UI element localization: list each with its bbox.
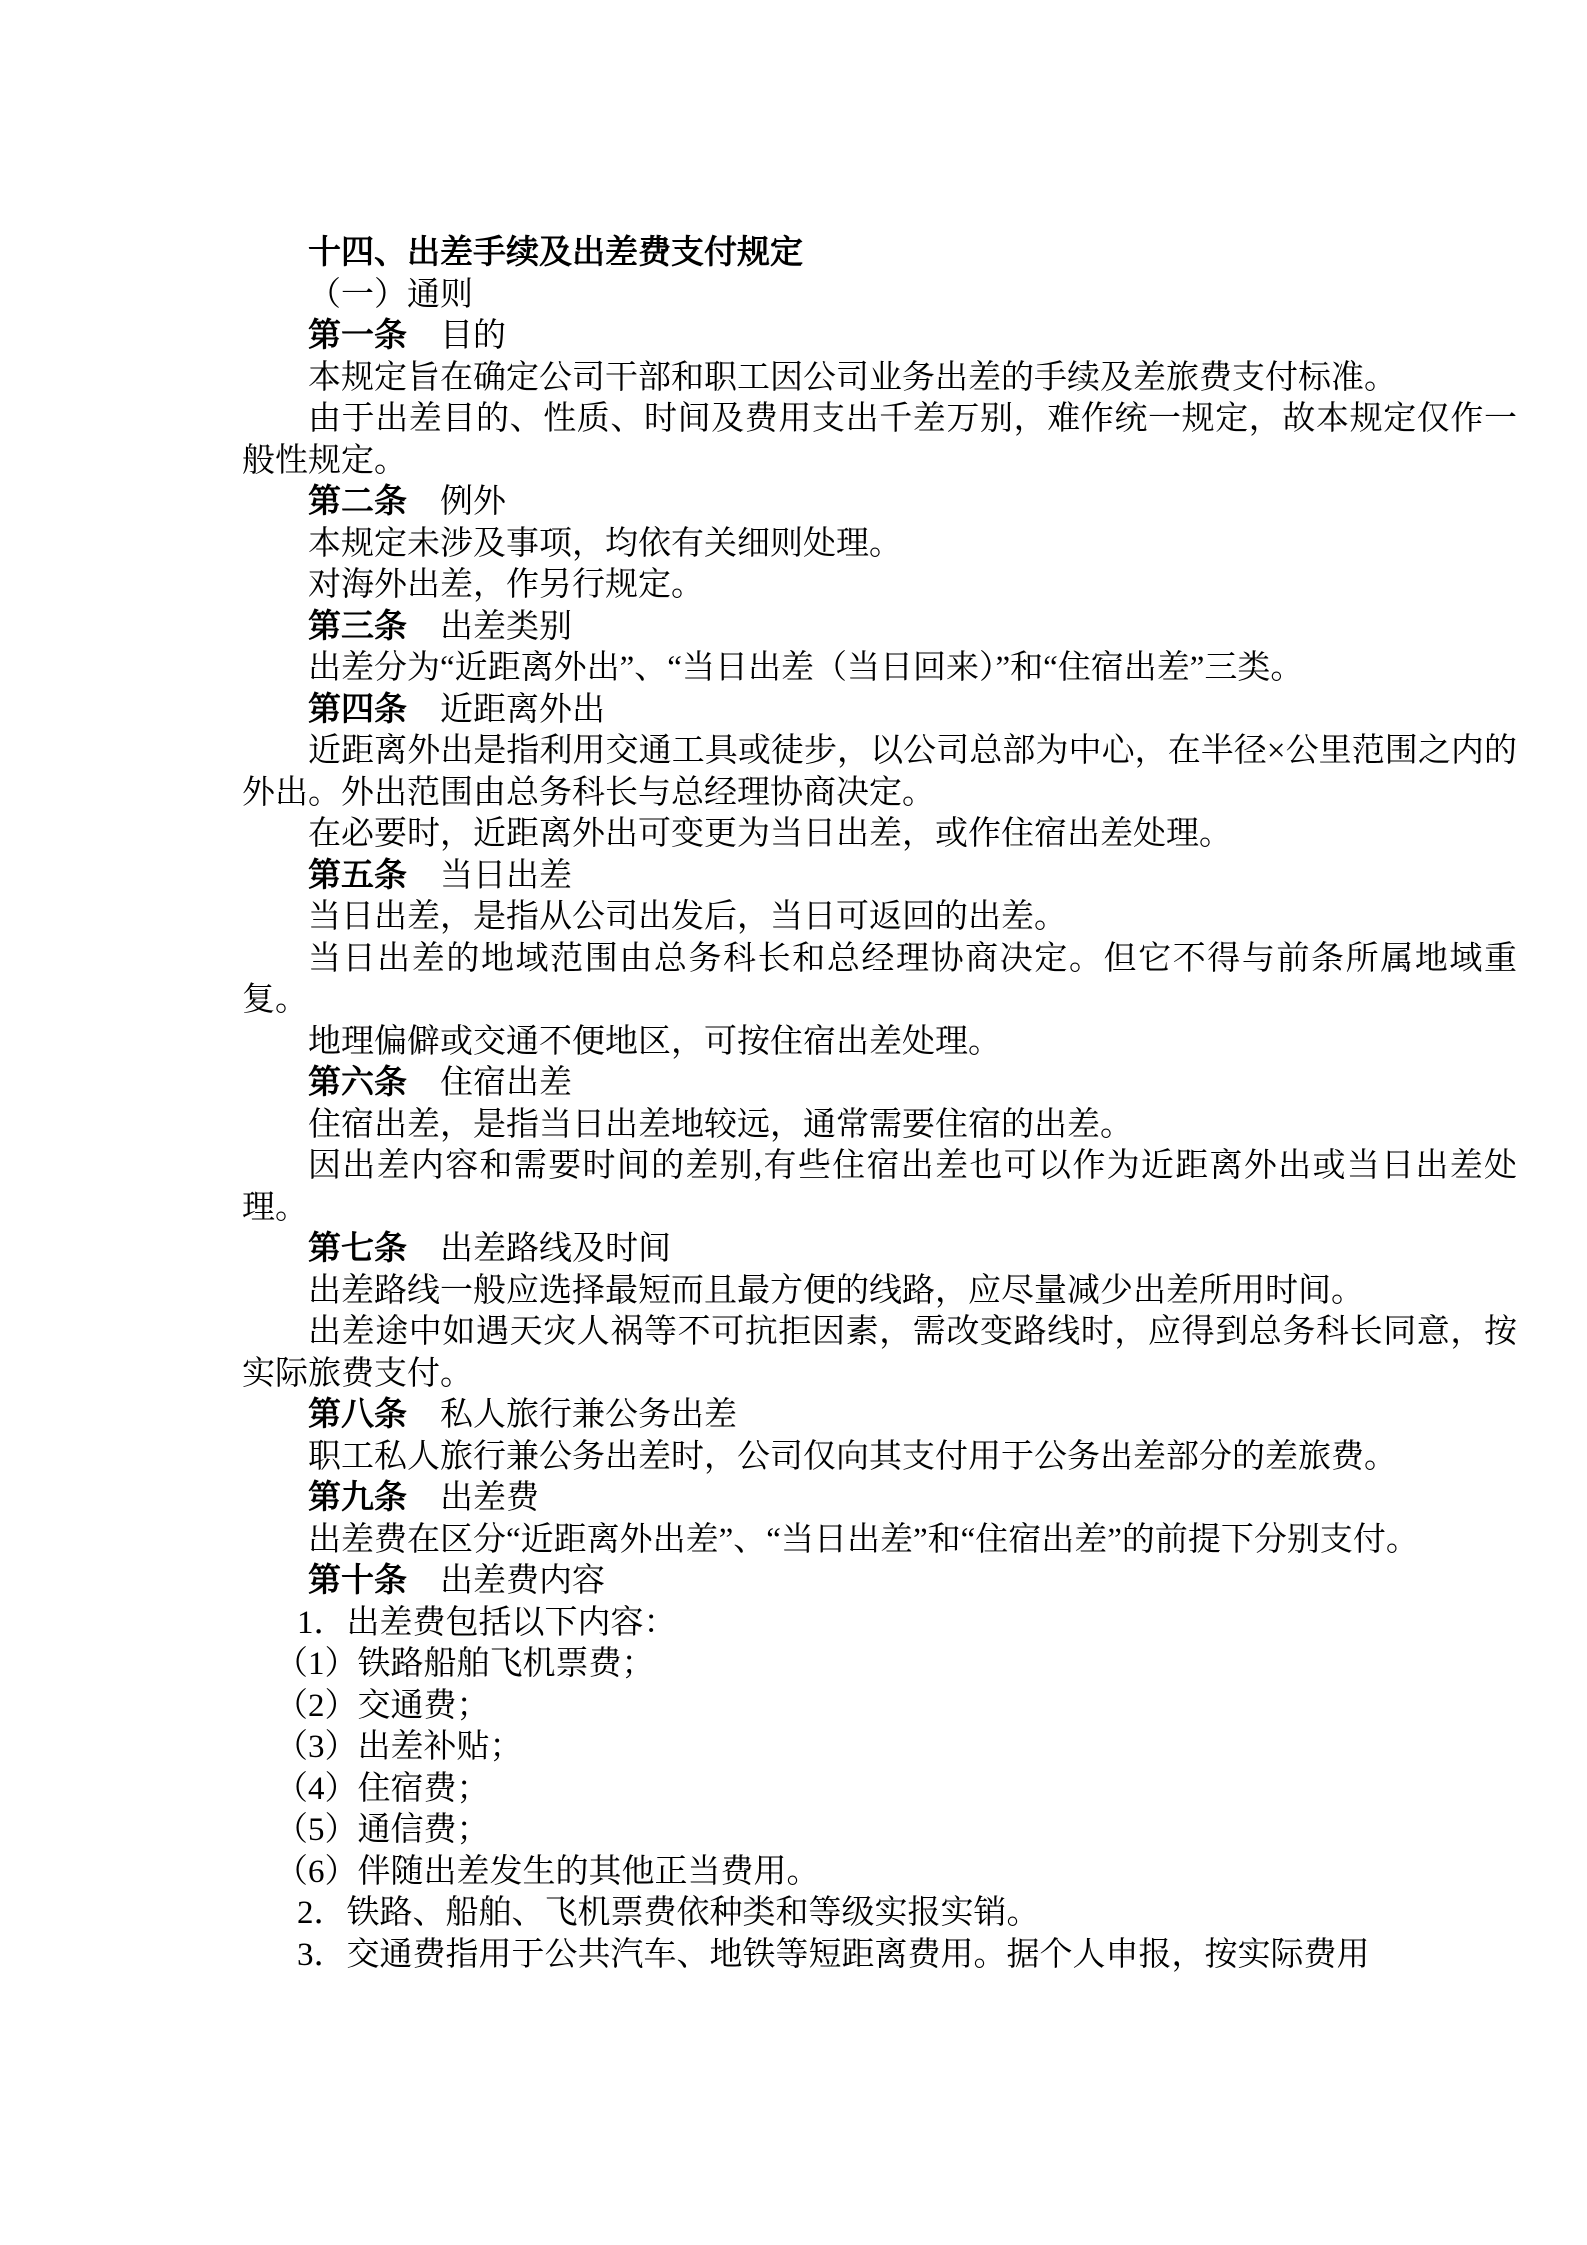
doc-title: 十四、出差手续及出差费支付规定 [242, 233, 1517, 275]
paragraph: 因出差内容和需要时间的差别,有些住宿出差也可以作为近距离外出或当日出差处理。 [242, 1146, 1517, 1229]
paragraph: 对海外出差，作另行规定。 [242, 565, 1517, 607]
article-title: 当日出差 [440, 858, 572, 894]
article-number: 第七条 [308, 1231, 407, 1267]
article-heading: 第一条目的 [242, 316, 1517, 358]
numbered-list-item: 2．铁路、船舶、飞机票费依种类和等级实报实销。 [242, 1893, 1517, 1935]
article-number: 第八条 [308, 1397, 407, 1433]
section-heading: （一）通则 [242, 275, 1517, 317]
article-number: 第十条 [308, 1563, 407, 1599]
article-title: 出差费内容 [440, 1563, 605, 1599]
numbered-list-item: 1．出差费包括以下内容： [242, 1603, 1517, 1645]
article-number: 第二条 [308, 484, 407, 520]
article-title: 出差费 [440, 1480, 539, 1516]
paragraph: 近距离外出是指利用交通工具或徒步，以公司总部为中心，在半径×公里范围之内的外出。… [242, 731, 1517, 814]
article-heading: 第八条私人旅行兼公务出差 [242, 1395, 1517, 1437]
document-page: 十四、出差手续及出差费支付规定（一）通则第一条目的本规定旨在确定公司干部和职工因… [242, 233, 1517, 1976]
article-title: 出差路线及时间 [440, 1231, 671, 1267]
paragraph: 本规定未涉及事项，均依有关细则处理。 [242, 524, 1517, 566]
article-heading: 第十条出差费内容 [242, 1561, 1517, 1603]
article-number: 第六条 [308, 1065, 407, 1101]
article-number: 第一条 [308, 318, 407, 354]
paren-list-item: （4）住宿费； [242, 1769, 1517, 1811]
paragraph: 住宿出差，是指当日出差地较远，通常需要住宿的出差。 [242, 1105, 1517, 1147]
paren-list-item: （6）伴随出差发生的其他正当费用。 [242, 1852, 1517, 1894]
article-heading: 第三条出差类别 [242, 607, 1517, 649]
article-heading: 第二条例外 [242, 482, 1517, 524]
paragraph: 出差途中如遇天灾人祸等不可抗拒因素，需改变路线时，应得到总务科长同意，按实际旅费… [242, 1312, 1517, 1395]
article-title: 例外 [440, 484, 506, 520]
article-number: 第四条 [308, 692, 407, 728]
paragraph: 在必要时，近距离外出可变更为当日出差，或作住宿出差处理。 [242, 814, 1517, 856]
paragraph: 当日出差的地域范围由总务科长和总经理协商决定。但它不得与前条所属地域重复。 [242, 939, 1517, 1022]
paragraph: 出差分为“近距离外出”、“当日出差（当日回来）”和“住宿出差”三类。 [242, 648, 1517, 690]
article-heading: 第五条当日出差 [242, 856, 1517, 898]
numbered-list-item: 3．交通费指用于公共汽车、地铁等短距离费用。据个人申报，按实际费用 [242, 1935, 1517, 1977]
paren-list-item: （2）交通费； [242, 1686, 1517, 1728]
paragraph: 当日出差，是指从公司出发后，当日可返回的出差。 [242, 897, 1517, 939]
paragraph: 本规定旨在确定公司干部和职工因公司业务出差的手续及差旅费支付标准。 [242, 358, 1517, 400]
paren-list-item: （1）铁路船舶飞机票费； [242, 1644, 1517, 1686]
paren-list-item: （5）通信费； [242, 1810, 1517, 1852]
article-title: 目的 [440, 318, 506, 354]
article-title: 私人旅行兼公务出差 [440, 1397, 737, 1433]
paragraph: 出差费在区分“近距离外出差”、“当日出差”和“住宿出差”的前提下分别支付。 [242, 1520, 1517, 1562]
article-number: 第五条 [308, 858, 407, 894]
article-title: 出差类别 [440, 609, 572, 645]
paragraph: 出差路线一般应选择最短而且最方便的线路，应尽量减少出差所用时间。 [242, 1271, 1517, 1313]
article-number: 第九条 [308, 1480, 407, 1516]
article-title: 住宿出差 [440, 1065, 572, 1101]
article-heading: 第九条出差费 [242, 1478, 1517, 1520]
article-heading: 第四条近距离外出 [242, 690, 1517, 732]
article-title: 近距离外出 [440, 692, 605, 728]
article-number: 第三条 [308, 609, 407, 645]
paragraph: 地理偏僻或交通不便地区，可按住宿出差处理。 [242, 1022, 1517, 1064]
paragraph: 由于出差目的、性质、时间及费用支出千差万别，难作统一规定，故本规定仅作一般性规定… [242, 399, 1517, 482]
article-heading: 第六条住宿出差 [242, 1063, 1517, 1105]
article-heading: 第七条出差路线及时间 [242, 1229, 1517, 1271]
paren-list-item: （3）出差补贴； [242, 1727, 1517, 1769]
paragraph: 职工私人旅行兼公务出差时，公司仅向其支付用于公务出差部分的差旅费。 [242, 1437, 1517, 1479]
